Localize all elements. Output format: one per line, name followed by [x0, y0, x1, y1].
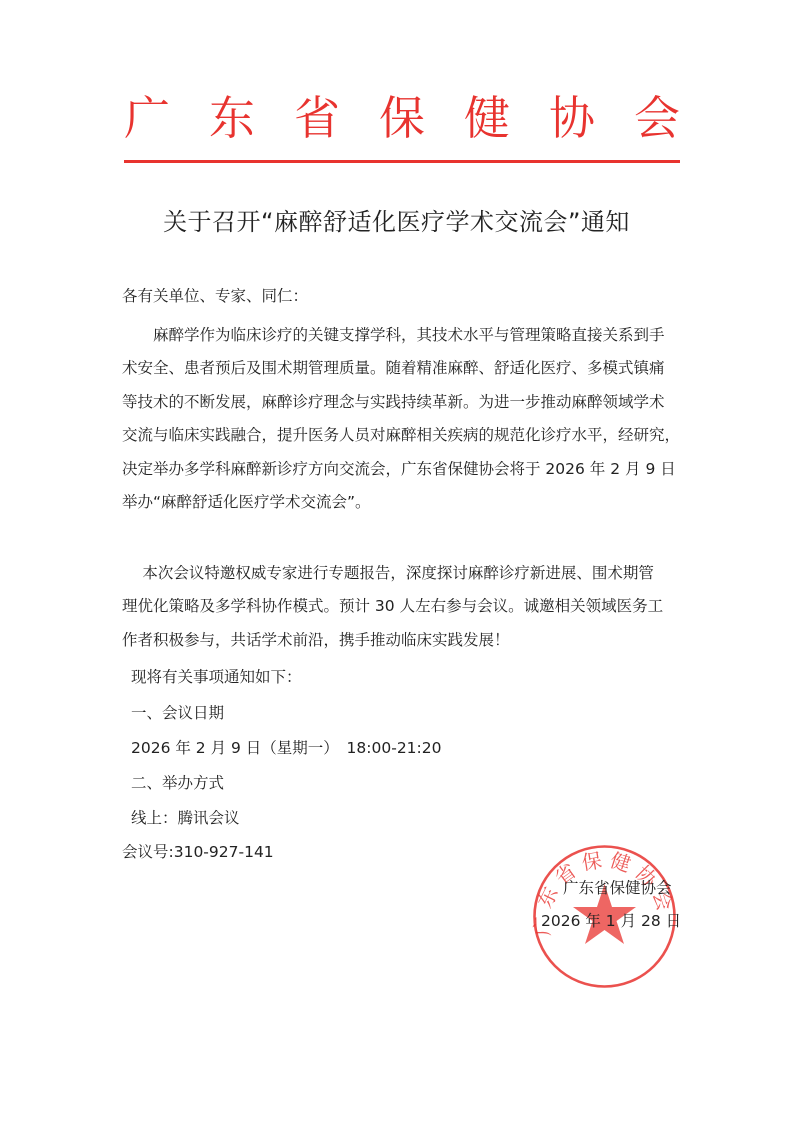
letterhead-char: 会 — [634, 88, 680, 148]
letterhead-divider — [124, 160, 680, 163]
paragraph-line: 麻醉学作为临床诊疗的关键支撑学科，其技术水平与管理策略直接关系到手 — [122, 319, 682, 352]
section-heading-format: 二、举办方式 — [131, 771, 224, 795]
org-letterhead: 广 东 省 保 健 协 会 — [124, 88, 680, 148]
notice-intro: 现将有关事项通知如下： — [131, 665, 302, 689]
letterhead-char: 保 — [379, 88, 425, 148]
signature-date: 2026 年 1 月 28 日 — [541, 909, 681, 933]
paragraph-line: 术安全、患者预后及围术期管理质量。随着精准麻醉、舒适化医疗、多模式镇痛 — [122, 352, 682, 385]
letterhead-char: 东 — [209, 88, 255, 148]
document-title: 关于召开“麻醉舒适化医疗学术交流会”通知 — [0, 202, 793, 242]
paragraph-line: 理优化策略及多学科协作模式。预计 30 人左右参与会议。诚邀相关领域医务工 — [122, 590, 682, 623]
salutation: 各有关单位、专家、同仁： — [122, 284, 308, 308]
paragraph-line: 决定举办多学科麻醉新诊疗方向交流会，广东省保健协会将于 2026 年 2 月 9… — [122, 453, 682, 486]
meeting-platform: 线上：腾讯会议 — [131, 806, 240, 830]
paragraph-line: 举办“麻醉舒适化医疗学术交流会”。 — [122, 486, 682, 519]
body-paragraph-2: 本次会议特邀权威专家进行专题报告，深度探讨麻醉诊疗新进展、围术期管 理优化策略及… — [122, 557, 682, 657]
letterhead-char: 协 — [549, 88, 595, 148]
letterhead-char: 省 — [294, 88, 340, 148]
letterhead-char: 健 — [464, 88, 510, 148]
paragraph-line: 作者积极参与，共话学术前沿，携手推动临床实践发展！ — [122, 624, 682, 657]
paragraph-line: 等技术的不断发展，麻醉诊疗理念与实践持续革新。为进一步推动麻醉领域学术 — [122, 386, 682, 419]
body-paragraph-1: 麻醉学作为临床诊疗的关键支撑学科，其技术水平与管理策略直接关系到手 术安全、患者… — [122, 319, 682, 519]
section-heading-date: 一、会议日期 — [131, 701, 224, 725]
meeting-id: 会议号:310-927-141 — [122, 840, 274, 864]
letterhead-char: 广 — [124, 88, 170, 148]
meeting-date-time: 2026 年 2 月 9 日（星期一） 18:00-21:20 — [131, 736, 442, 760]
signature-org: 广东省保健协会 — [563, 876, 672, 900]
paragraph-line: 交流与临床实践融合，提升医务人员对麻醉相关疾病的规范化诊疗水平，经研究， — [122, 419, 682, 452]
paragraph-line: 本次会议特邀权威专家进行专题报告，深度探讨麻醉诊疗新进展、围术期管 — [122, 557, 682, 590]
